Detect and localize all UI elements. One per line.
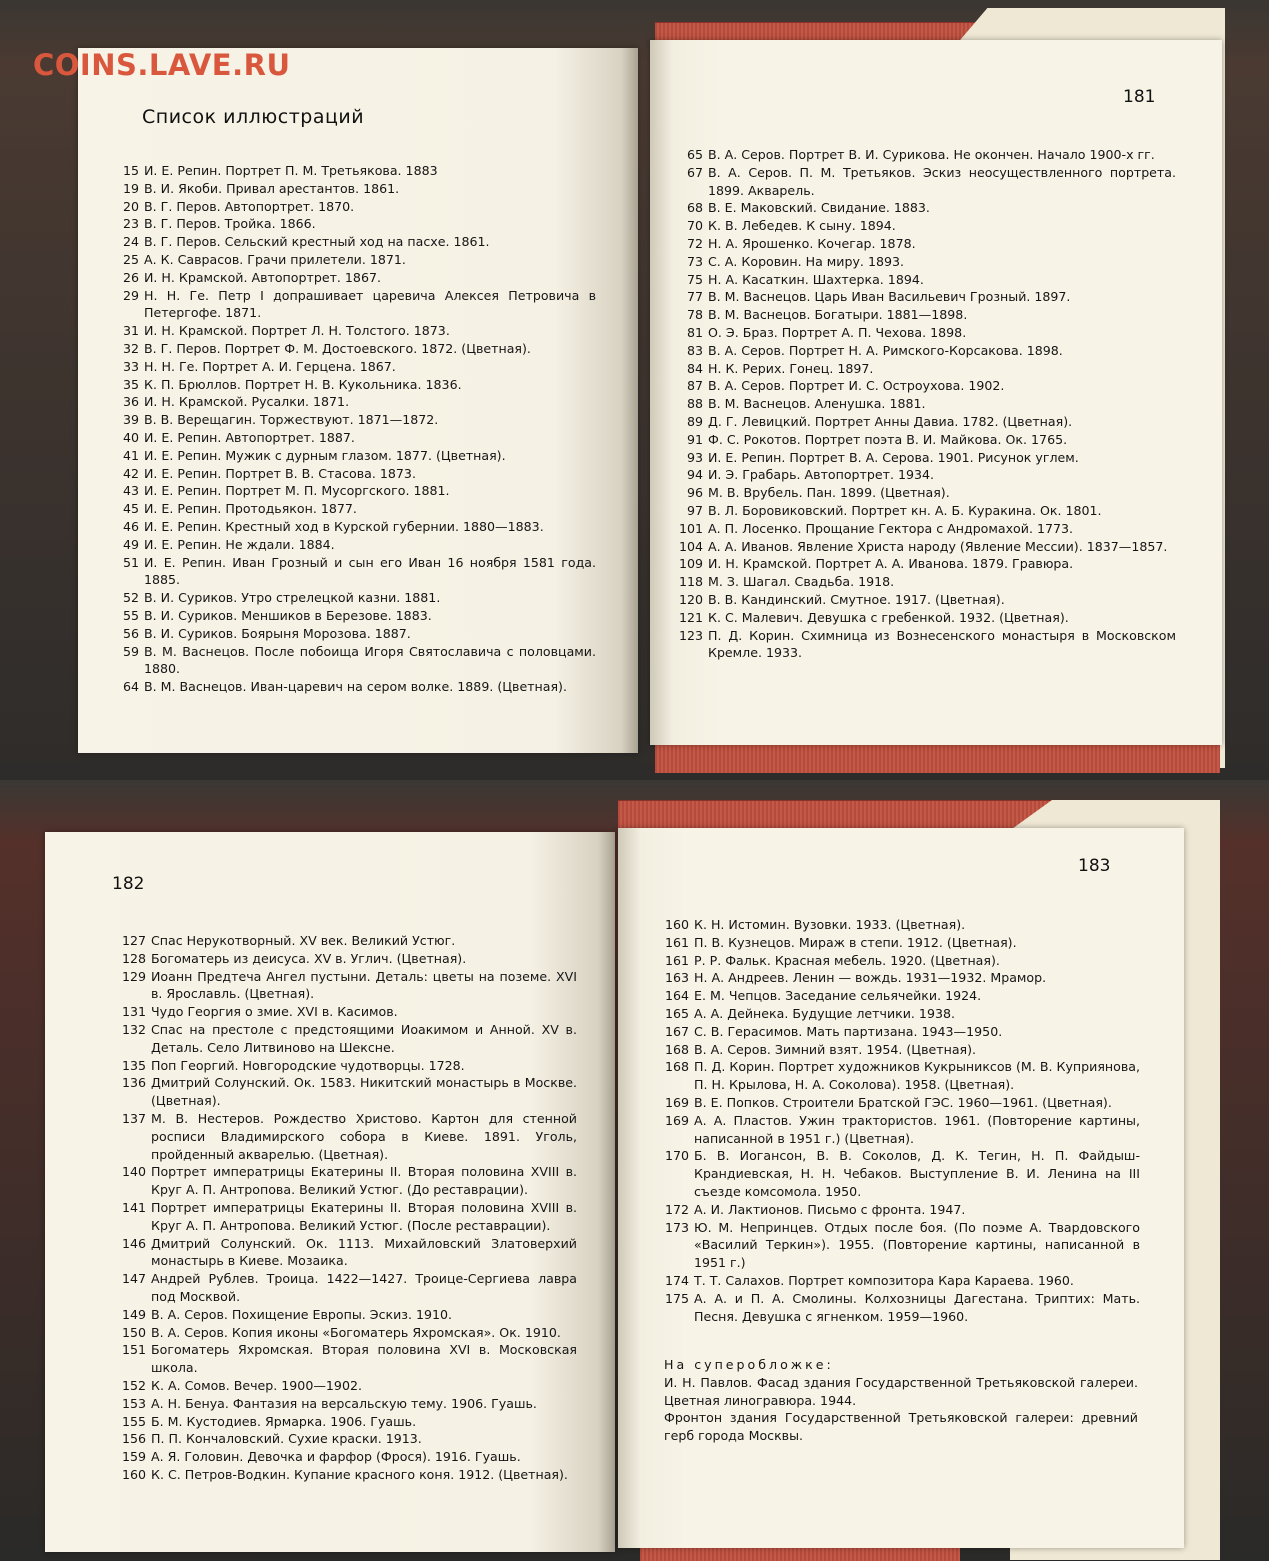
list-item: 129Иоанн Предтеча Ангел пустыни. Деталь:… — [115, 968, 577, 1004]
illustration-caption: В. А. Серов. Копия иконы «Богоматерь Яхр… — [151, 1324, 577, 1342]
list-item: 96М. В. Врубель. Пан. 1899. (Цветная). — [672, 484, 1176, 502]
illustration-number: 26 — [114, 269, 144, 287]
list-item: 167С. В. Герасимов. Мать партизана. 1943… — [658, 1023, 1140, 1041]
illustration-number: 149 — [115, 1306, 151, 1324]
illustration-number: 46 — [114, 518, 144, 536]
illustration-number: 146 — [115, 1235, 151, 1271]
illustration-number: 19 — [114, 180, 144, 198]
illustration-number: 169 — [658, 1094, 694, 1112]
list-item: 42И. Е. Репин. Портрет В. В. Стасова. 18… — [114, 465, 596, 483]
illustration-caption: И. Е. Репин. Автопортрет. 1887. — [144, 429, 596, 447]
list-item: 137М. В. Нестеров. Рождество Христово. К… — [115, 1110, 577, 1163]
illustration-caption: Н. А. Касаткин. Шахтерка. 1894. — [708, 271, 1176, 289]
illustration-number: 23 — [114, 215, 144, 233]
illustration-number: 169 — [658, 1112, 694, 1148]
illustration-number: 141 — [115, 1199, 151, 1235]
list-item: 156П. П. Кончаловский. Сухие краски. 191… — [115, 1430, 577, 1448]
illustration-number: 135 — [115, 1057, 151, 1075]
list-item: 49И. Е. Репин. Не ждали. 1884. — [114, 536, 596, 554]
illustration-number: 52 — [114, 589, 144, 607]
illustration-caption: К. А. Сомов. Вечер. 1900—1902. — [151, 1377, 577, 1395]
illustration-caption: М. В. Нестеров. Рождество Христово. Карт… — [151, 1110, 577, 1163]
illustration-number: 24 — [114, 233, 144, 251]
illustration-caption: П. П. Кончаловский. Сухие краски. 1913. — [151, 1430, 577, 1448]
list-item: 170Б. В. Иогансон, В. В. Соколов, Д. К. … — [658, 1147, 1140, 1200]
page-number: 181 — [1123, 87, 1155, 107]
list-item: 136Дмитрий Солунский. Ок. 1583. Никитски… — [115, 1074, 577, 1110]
illustration-number: 31 — [114, 322, 144, 340]
illustration-number: 118 — [672, 573, 708, 591]
illustration-caption: Т. Т. Салахов. Портрет композитора Кара … — [694, 1272, 1140, 1290]
list-item: 97В. Л. Боровиковский. Портрет кн. А. Б.… — [672, 502, 1176, 520]
list-item: 23В. Г. Перов. Тройка. 1866. — [114, 215, 596, 233]
illustration-number: 42 — [114, 465, 144, 483]
list-item: 121К. С. Малевич. Девушка с гребенкой. 1… — [672, 609, 1176, 627]
list-item: 132Спас на престоле с предстоящими Иоаки… — [115, 1021, 577, 1057]
illustration-number: 160 — [658, 916, 694, 934]
illustration-caption: С. А. Коровин. На миру. 1893. — [708, 253, 1176, 271]
illustration-caption: С. В. Герасимов. Мать партизана. 1943—19… — [694, 1023, 1140, 1041]
illustration-caption: А. Я. Головин. Девочка и фарфор (Фрося).… — [151, 1448, 577, 1466]
illustration-number: 160 — [115, 1466, 151, 1484]
illustration-number: 121 — [672, 609, 708, 627]
illustration-caption: В. И. Суриков. Утро стрелецкой казни. 18… — [144, 589, 596, 607]
list-item: 51И. Е. Репин. Иван Грозный и сын его Ив… — [114, 554, 596, 590]
list-item: 65В. А. Серов. Портрет В. И. Сурикова. Н… — [672, 146, 1176, 164]
illustration-caption: В. А. Серов. П. М. Третьяков. Эскиз неос… — [708, 164, 1176, 200]
watermark: COINS.LAVE.RU — [33, 48, 291, 82]
illustration-number: 159 — [115, 1448, 151, 1466]
list-item: 123П. Д. Корин. Схимница из Вознесенског… — [672, 627, 1176, 663]
list-item: 84Н. К. Рерих. Гонец. 1897. — [672, 360, 1176, 378]
page-right-183: 183 160К. Н. Истомин. Вузовки. 1933. (Цв… — [618, 828, 1184, 1548]
illustration-number: 67 — [672, 164, 708, 200]
illustration-caption: Ф. С. Рокотов. Портрет поэта В. И. Майко… — [708, 431, 1176, 449]
illustration-caption: И. Е. Репин. Иван Грозный и сын его Иван… — [144, 554, 596, 590]
list-item: 128Богоматерь из деисуса. XV в. Углич. (… — [115, 950, 577, 968]
illustration-number: 32 — [114, 340, 144, 358]
page-left-182: 182 127Спас Нерукотворный. XV век. Велик… — [45, 832, 615, 1552]
illustration-number: 29 — [114, 287, 144, 323]
illustration-number: 172 — [658, 1201, 694, 1219]
list-item: 141Портрет императрицы Екатерины II. Вто… — [115, 1199, 577, 1235]
illustration-number: 94 — [672, 466, 708, 484]
illustration-caption: П. Д. Корин. Портрет художников Кукрыник… — [694, 1058, 1140, 1094]
illustration-caption: О. Э. Браз. Портрет А. П. Чехова. 1898. — [708, 324, 1176, 342]
illustration-number: 88 — [672, 395, 708, 413]
list-item: 151Богоматерь Яхромская. Вторая половина… — [115, 1341, 577, 1377]
illustration-caption: В. Л. Боровиковский. Портрет кн. А. Б. К… — [708, 502, 1176, 520]
list-item: 155Б. М. Кустодиев. Ярмарка. 1906. Гуашь… — [115, 1413, 577, 1431]
list-item: 83В. А. Серов. Портрет Н. А. Римского-Ко… — [672, 342, 1176, 360]
illustration-caption: Чудо Георгия о змие. XVI в. Касимов. — [151, 1003, 577, 1021]
illustration-number: 91 — [672, 431, 708, 449]
illustration-number: 173 — [658, 1219, 694, 1272]
list-item: 45И. Е. Репин. Протодьякон. 1877. — [114, 500, 596, 518]
list-item: 172А. И. Лактионов. Письмо с фронта. 194… — [658, 1201, 1140, 1219]
illustration-caption: А. И. Лактионов. Письмо с фронта. 1947. — [694, 1201, 1140, 1219]
illustration-caption: В. И. Суриков. Боярыня Морозова. 1887. — [144, 625, 596, 643]
illustration-caption: В. А. Серов. Портрет Н. А. Римского-Корс… — [708, 342, 1176, 360]
list-item: 72Н. А. Ярошенко. Кочегар. 1878. — [672, 235, 1176, 253]
illustration-number: 174 — [658, 1272, 694, 1290]
list-item: 19В. И. Якоби. Привал арестантов. 1861. — [114, 180, 596, 198]
illustration-number: 165 — [658, 1005, 694, 1023]
illustration-caption: П. В. Кузнецов. Мираж в степи. 1912. (Цв… — [694, 934, 1140, 952]
illustration-number: 75 — [672, 271, 708, 289]
dust-jacket-line: И. Н. Павлов. Фасад здания Государственн… — [664, 1374, 1138, 1410]
list-item: 81О. Э. Браз. Портрет А. П. Чехова. 1898… — [672, 324, 1176, 342]
illustration-caption: Ю. М. Непринцев. Отдых после боя. (По по… — [694, 1219, 1140, 1272]
illustration-caption: И. Н. Крамской. Портрет Л. Н. Толстого. … — [144, 322, 596, 340]
illustration-number: 59 — [114, 643, 144, 679]
list-item: 150В. А. Серов. Копия иконы «Богоматерь … — [115, 1324, 577, 1342]
illustration-caption: Спас Нерукотворный. XV век. Великий Устю… — [151, 932, 577, 950]
list-item: 140Портрет императрицы Екатерины II. Вто… — [115, 1163, 577, 1199]
illustration-number: 20 — [114, 198, 144, 216]
illustration-caption: В. А. Серов. Портрет И. С. Остроухова. 1… — [708, 377, 1176, 395]
illustration-caption: В. М. Васнецов. Аленушка. 1881. — [708, 395, 1176, 413]
list-item: 46И. Е. Репин. Крестный ход в Курской гу… — [114, 518, 596, 536]
illustration-caption: В. Г. Перов. Портрет Ф. М. Достоевского.… — [144, 340, 596, 358]
list-item: 175А. А. и П. А. Смолины. Колхозницы Даг… — [658, 1290, 1140, 1326]
list-item: 20В. Г. Перов. Автопортрет. 1870. — [114, 198, 596, 216]
illustration-caption: Б. В. Иогансон, В. В. Соколов, Д. К. Тег… — [694, 1147, 1140, 1200]
list-item: 160К. Н. Истомин. Вузовки. 1933. (Цветна… — [658, 916, 1140, 934]
illustration-caption: К. Н. Истомин. Вузовки. 1933. (Цветная). — [694, 916, 1140, 934]
list-item: 168П. Д. Корин. Портрет художников Кукры… — [658, 1058, 1140, 1094]
illustration-number: 101 — [672, 520, 708, 538]
illustration-caption: И. Э. Грабарь. Автопортрет. 1934. — [708, 466, 1176, 484]
illustration-caption: Дмитрий Солунский. Ок. 1583. Никитский м… — [151, 1074, 577, 1110]
list-item: 131Чудо Георгия о змие. XVI в. Касимов. — [115, 1003, 577, 1021]
list-item: 67В. А. Серов. П. М. Третьяков. Эскиз не… — [672, 164, 1176, 200]
illustration-caption: М. З. Шагал. Свадьба. 1918. — [708, 573, 1176, 591]
illustration-caption: Н. К. Рерих. Гонец. 1897. — [708, 360, 1176, 378]
illustration-number: 36 — [114, 393, 144, 411]
page-right-181: 181 65В. А. Серов. Портрет В. И. Суриков… — [650, 40, 1222, 745]
list-item: 15И. Е. Репин. Портрет П. М. Третьякова.… — [114, 162, 596, 180]
page-number: 182 — [112, 874, 144, 894]
illustration-caption: М. В. Врубель. Пан. 1899. (Цветная). — [708, 484, 1176, 502]
list-item: 164Е. М. Чепцов. Заседание сельячейки. 1… — [658, 987, 1140, 1005]
page-title: Список иллюстраций — [142, 106, 364, 128]
list-item: 59В. М. Васнецов. После побоища Игоря Св… — [114, 643, 596, 679]
illustration-caption: Б. М. Кустодиев. Ярмарка. 1906. Гуашь. — [151, 1413, 577, 1431]
illustration-caption: А. А. Пластов. Ужин трактористов. 1961. … — [694, 1112, 1140, 1148]
illustration-caption: А. А. и П. А. Смолины. Колхозницы Дагест… — [694, 1290, 1140, 1326]
illustration-number: 93 — [672, 449, 708, 467]
list-item: 52В. И. Суриков. Утро стрелецкой казни. … — [114, 589, 596, 607]
list-item: 56В. И. Суриков. Боярыня Морозова. 1887. — [114, 625, 596, 643]
illustration-number: 161 — [658, 952, 694, 970]
list-item: 165А. А. Дейнека. Будущие летчики. 1938. — [658, 1005, 1140, 1023]
illustration-number: 25 — [114, 251, 144, 269]
illustration-number: 45 — [114, 500, 144, 518]
illustration-number: 151 — [115, 1341, 151, 1377]
illustration-number: 164 — [658, 987, 694, 1005]
list-item: 55В. И. Суриков. Меншиков в Березове. 18… — [114, 607, 596, 625]
scan-top-spread: Список иллюстраций 15И. Е. Репин. Портре… — [0, 0, 1269, 780]
list-item: 68В. Е. Маковский. Свидание. 1883. — [672, 199, 1176, 217]
illustration-number: 40 — [114, 429, 144, 447]
illustration-caption: И. Е. Репин. Крестный ход в Курской губе… — [144, 518, 596, 536]
illustration-number: 39 — [114, 411, 144, 429]
illustration-number: 41 — [114, 447, 144, 465]
illustration-number: 70 — [672, 217, 708, 235]
illustration-list: 65В. А. Серов. Портрет В. И. Сурикова. Н… — [672, 146, 1176, 662]
illustration-number: 161 — [658, 934, 694, 952]
list-item: 168В. А. Серов. Зимний взят. 1954. (Цвет… — [658, 1041, 1140, 1059]
illustration-number: 33 — [114, 358, 144, 376]
illustration-caption: Дмитрий Солунский. Ок. 1113. Михайловски… — [151, 1235, 577, 1271]
illustration-caption: А. К. Саврасов. Грачи прилетели. 1871. — [144, 251, 596, 269]
list-item: 169В. Е. Попков. Строители Братской ГЭС.… — [658, 1094, 1140, 1112]
illustration-number: 109 — [672, 555, 708, 573]
illustration-caption: Н. Н. Ге. Петр I допрашивает царевича Ал… — [144, 287, 596, 323]
illustration-caption: В. В. Кандинский. Смутное. 1917. (Цветна… — [708, 591, 1176, 609]
list-item: 93И. Е. Репин. Портрет В. А. Серова. 190… — [672, 449, 1176, 467]
illustration-caption: В. А. Серов. Похищение Европы. Эскиз. 19… — [151, 1306, 577, 1324]
illustration-number: 51 — [114, 554, 144, 590]
illustration-number: 49 — [114, 536, 144, 554]
list-item: 77В. М. Васнецов. Царь Иван Васильевич Г… — [672, 288, 1176, 306]
illustration-number: 84 — [672, 360, 708, 378]
list-item: 169А. А. Пластов. Ужин трактористов. 196… — [658, 1112, 1140, 1148]
illustration-caption: А. Н. Бенуа. Фантазия на версальскую тем… — [151, 1395, 577, 1413]
illustration-number: 147 — [115, 1270, 151, 1306]
list-item: 104А. А. Иванов. Явление Христа народу (… — [672, 538, 1176, 556]
illustration-caption: А. А. Дейнека. Будущие летчики. 1938. — [694, 1005, 1140, 1023]
illustration-caption: В. Г. Перов. Автопортрет. 1870. — [144, 198, 596, 216]
illustration-caption: В. Г. Перов. Сельский крестный ход на па… — [144, 233, 596, 251]
illustration-number: 96 — [672, 484, 708, 502]
list-item: 75Н. А. Касаткин. Шахтерка. 1894. — [672, 271, 1176, 289]
illustration-list: 15И. Е. Репин. Портрет П. М. Третьякова.… — [114, 162, 596, 696]
illustration-caption: В. М. Васнецов. Иван-царевич на сером во… — [144, 678, 596, 696]
list-item: 127Спас Нерукотворный. XV век. Великий У… — [115, 932, 577, 950]
illustration-number: 73 — [672, 253, 708, 271]
illustration-number: 170 — [658, 1147, 694, 1200]
list-item: 94И. Э. Грабарь. Автопортрет. 1934. — [672, 466, 1176, 484]
list-item: 70К. В. Лебедев. К сыну. 1894. — [672, 217, 1176, 235]
illustration-number: 128 — [115, 950, 151, 968]
illustration-caption: Портрет императрицы Екатерины II. Вторая… — [151, 1163, 577, 1199]
illustration-number: 72 — [672, 235, 708, 253]
list-item: 146Дмитрий Солунский. Ок. 1113. Михайлов… — [115, 1235, 577, 1271]
illustration-caption: Богоматерь из деисуса. XV в. Углич. (Цве… — [151, 950, 577, 968]
list-item: 88В. М. Васнецов. Аленушка. 1881. — [672, 395, 1176, 413]
illustration-number: 120 — [672, 591, 708, 609]
list-item: 36И. Н. Крамской. Русалки. 1871. — [114, 393, 596, 411]
page-number: 183 — [1078, 856, 1110, 876]
list-item: 33Н. Н. Ге. Портрет А. И. Герцена. 1867. — [114, 358, 596, 376]
illustration-caption: В. И. Якоби. Привал арестантов. 1861. — [144, 180, 596, 198]
list-item: 101А. П. Лосенко. Прощание Гектора с Анд… — [672, 520, 1176, 538]
illustration-caption: В. М. Васнецов. После побоища Игоря Свят… — [144, 643, 596, 679]
illustration-caption: Иоанн Предтеча Ангел пустыни. Деталь: цв… — [151, 968, 577, 1004]
dust-jacket-line: Фронтон здания Государственной Третьяков… — [664, 1409, 1138, 1445]
illustration-caption: В. В. Верещагин. Торжествуют. 1871—1872. — [144, 411, 596, 429]
illustration-number: 155 — [115, 1413, 151, 1431]
illustration-number: 127 — [115, 932, 151, 950]
illustration-number: 163 — [658, 969, 694, 987]
list-item: 40И. Е. Репин. Автопортрет. 1887. — [114, 429, 596, 447]
illustration-caption: А. А. Иванов. Явление Христа народу (Явл… — [708, 538, 1176, 556]
illustration-caption: В. М. Васнецов. Богатыри. 1881—1898. — [708, 306, 1176, 324]
illustration-caption: К. С. Петров-Водкин. Купание красного ко… — [151, 1466, 577, 1484]
list-item: 73С. А. Коровин. На миру. 1893. — [672, 253, 1176, 271]
list-item: 91Ф. С. Рокотов. Портрет поэта В. И. Май… — [672, 431, 1176, 449]
list-item: 109И. Н. Крамской. Портрет А. А. Иванова… — [672, 555, 1176, 573]
list-item: 147Андрей Рублев. Троица. 1422—1427. Тро… — [115, 1270, 577, 1306]
illustration-caption: И. Н. Крамской. Русалки. 1871. — [144, 393, 596, 411]
illustration-caption: И. Е. Репин. Портрет М. П. Мусоргского. … — [144, 482, 596, 500]
illustration-caption: Портрет императрицы Екатерины II. Вторая… — [151, 1199, 577, 1235]
illustration-number: 64 — [114, 678, 144, 696]
illustration-caption: В. А. Серов. Зимний взят. 1954. (Цветная… — [694, 1041, 1140, 1059]
illustration-number: 56 — [114, 625, 144, 643]
list-item: 174Т. Т. Салахов. Портрет композитора Ка… — [658, 1272, 1140, 1290]
dust-jacket-heading: На суперобложке: — [664, 1356, 1138, 1374]
illustration-caption: В. А. Серов. Портрет В. И. Сурикова. Не … — [708, 146, 1176, 164]
illustration-caption: И. Е. Репин. Портрет В. В. Стасова. 1873… — [144, 465, 596, 483]
illustration-caption: К. В. Лебедев. К сыну. 1894. — [708, 217, 1176, 235]
list-item: 160К. С. Петров-Водкин. Купание красного… — [115, 1466, 577, 1484]
list-item: 173Ю. М. Непринцев. Отдых после боя. (По… — [658, 1219, 1140, 1272]
illustration-list: 160К. Н. Истомин. Вузовки. 1933. (Цветна… — [658, 916, 1140, 1325]
illustration-caption: Н. А. Ярошенко. Кочегар. 1878. — [708, 235, 1176, 253]
illustration-number: 168 — [658, 1041, 694, 1059]
illustration-caption: И. Е. Репин. Портрет В. А. Серова. 1901.… — [708, 449, 1176, 467]
page-left-180: Список иллюстраций 15И. Е. Репин. Портре… — [78, 48, 638, 753]
illustration-caption: Поп Георгий. Новгородские чудотворцы. 17… — [151, 1057, 577, 1075]
illustration-caption: Н. А. Андреев. Ленин — вождь. 1931—1932.… — [694, 969, 1140, 987]
list-item: 161Р. Р. Фальк. Красная мебель. 1920. (Ц… — [658, 952, 1140, 970]
illustration-number: 78 — [672, 306, 708, 324]
list-item: 29Н. Н. Ге. Петр I допрашивает царевича … — [114, 287, 596, 323]
illustration-number: 77 — [672, 288, 708, 306]
illustration-number: 89 — [672, 413, 708, 431]
illustration-number: 104 — [672, 538, 708, 556]
illustration-caption: Н. Н. Ге. Портрет А. И. Герцена. 1867. — [144, 358, 596, 376]
illustration-number: 140 — [115, 1163, 151, 1199]
illustration-number: 81 — [672, 324, 708, 342]
illustration-number: 68 — [672, 199, 708, 217]
list-item: 78В. М. Васнецов. Богатыри. 1881—1898. — [672, 306, 1176, 324]
illustration-number: 150 — [115, 1324, 151, 1342]
illustration-caption: В. Е. Маковский. Свидание. 1883. — [708, 199, 1176, 217]
list-item: 43И. Е. Репин. Портрет М. П. Мусоргского… — [114, 482, 596, 500]
illustration-number: 153 — [115, 1395, 151, 1413]
list-item: 118М. З. Шагал. Свадьба. 1918. — [672, 573, 1176, 591]
illustration-number: 136 — [115, 1074, 151, 1110]
illustration-number: 87 — [672, 377, 708, 395]
illustration-number: 65 — [672, 146, 708, 164]
illustration-number: 131 — [115, 1003, 151, 1021]
illustration-caption: Андрей Рублев. Троица. 1422—1427. Троице… — [151, 1270, 577, 1306]
dust-jacket-note: На суперобложке: И. Н. Павлов. Фасад зда… — [664, 1356, 1138, 1445]
illustration-number: 137 — [115, 1110, 151, 1163]
scan-bottom-spread: 182 127Спас Нерукотворный. XV век. Велик… — [0, 780, 1269, 1561]
illustration-caption: В. Г. Перов. Тройка. 1866. — [144, 215, 596, 233]
list-item: 64В. М. Васнецов. Иван-царевич на сером … — [114, 678, 596, 696]
illustration-caption: И. Е. Репин. Протодьякон. 1877. — [144, 500, 596, 518]
illustration-caption: П. Д. Корин. Схимница из Вознесенского м… — [708, 627, 1176, 663]
illustration-caption: К. П. Брюллов. Портрет Н. В. Кукольника.… — [144, 376, 596, 394]
illustration-number: 175 — [658, 1290, 694, 1326]
illustration-caption: К. С. Малевич. Девушка с гребенкой. 1932… — [708, 609, 1176, 627]
list-item: 25А. К. Саврасов. Грачи прилетели. 1871. — [114, 251, 596, 269]
list-item: 149В. А. Серов. Похищение Европы. Эскиз.… — [115, 1306, 577, 1324]
illustration-number: 132 — [115, 1021, 151, 1057]
illustration-caption: Богоматерь Яхромская. Вторая половина XV… — [151, 1341, 577, 1377]
illustration-number: 97 — [672, 502, 708, 520]
list-item: 26И. Н. Крамской. Автопортрет. 1867. — [114, 269, 596, 287]
illustration-list: 127Спас Нерукотворный. XV век. Великий У… — [115, 932, 577, 1484]
list-item: 39В. В. Верещагин. Торжествуют. 1871—187… — [114, 411, 596, 429]
illustration-number: 15 — [114, 162, 144, 180]
list-item: 159А. Я. Головин. Девочка и фарфор (Фрос… — [115, 1448, 577, 1466]
list-item: 89Д. Г. Левицкий. Портрет Анны Давиа. 17… — [672, 413, 1176, 431]
illustration-caption: В. М. Васнецов. Царь Иван Васильевич Гро… — [708, 288, 1176, 306]
list-item: 41И. Е. Репин. Мужик с дурным глазом. 18… — [114, 447, 596, 465]
illustration-caption: И. Н. Крамской. Портрет А. А. Иванова. 1… — [708, 555, 1176, 573]
illustration-number: 43 — [114, 482, 144, 500]
list-item: 32В. Г. Перов. Портрет Ф. М. Достоевског… — [114, 340, 596, 358]
illustration-number: 152 — [115, 1377, 151, 1395]
illustration-caption: Р. Р. Фальк. Красная мебель. 1920. (Цвет… — [694, 952, 1140, 970]
illustration-caption: Д. Г. Левицкий. Портрет Анны Давиа. 1782… — [708, 413, 1176, 431]
illustration-caption: И. Е. Репин. Не ждали. 1884. — [144, 536, 596, 554]
illustration-number: 167 — [658, 1023, 694, 1041]
illustration-number: 55 — [114, 607, 144, 625]
illustration-caption: И. Е. Репин. Портрет П. М. Третьякова. 1… — [144, 162, 596, 180]
illustration-caption: И. Н. Крамской. Автопортрет. 1867. — [144, 269, 596, 287]
illustration-caption: В. Е. Попков. Строители Братской ГЭС. 19… — [694, 1094, 1140, 1112]
illustration-number: 156 — [115, 1430, 151, 1448]
list-item: 120В. В. Кандинский. Смутное. 1917. (Цве… — [672, 591, 1176, 609]
illustration-caption: Спас на престоле с предстоящими Иоакимом… — [151, 1021, 577, 1057]
illustration-caption: И. Е. Репин. Мужик с дурным глазом. 1877… — [144, 447, 596, 465]
list-item: 35К. П. Брюллов. Портрет Н. В. Кукольник… — [114, 376, 596, 394]
list-item: 24В. Г. Перов. Сельский крестный ход на … — [114, 233, 596, 251]
illustration-caption: А. П. Лосенко. Прощание Гектора с Андром… — [708, 520, 1176, 538]
illustration-number: 123 — [672, 627, 708, 663]
list-item: 153А. Н. Бенуа. Фантазия на версальскую … — [115, 1395, 577, 1413]
list-item: 163Н. А. Андреев. Ленин — вождь. 1931—19… — [658, 969, 1140, 987]
illustration-number: 168 — [658, 1058, 694, 1094]
list-item: 135Поп Георгий. Новгородские чудотворцы.… — [115, 1057, 577, 1075]
list-item: 87В. А. Серов. Портрет И. С. Остроухова.… — [672, 377, 1176, 395]
list-item: 161П. В. Кузнецов. Мираж в степи. 1912. … — [658, 934, 1140, 952]
illustration-number: 129 — [115, 968, 151, 1004]
illustration-caption: Е. М. Чепцов. Заседание сельячейки. 1924… — [694, 987, 1140, 1005]
illustration-caption: В. И. Суриков. Меншиков в Березове. 1883… — [144, 607, 596, 625]
illustration-number: 83 — [672, 342, 708, 360]
list-item: 152К. А. Сомов. Вечер. 1900—1902. — [115, 1377, 577, 1395]
list-item: 31И. Н. Крамской. Портрет Л. Н. Толстого… — [114, 322, 596, 340]
illustration-number: 35 — [114, 376, 144, 394]
